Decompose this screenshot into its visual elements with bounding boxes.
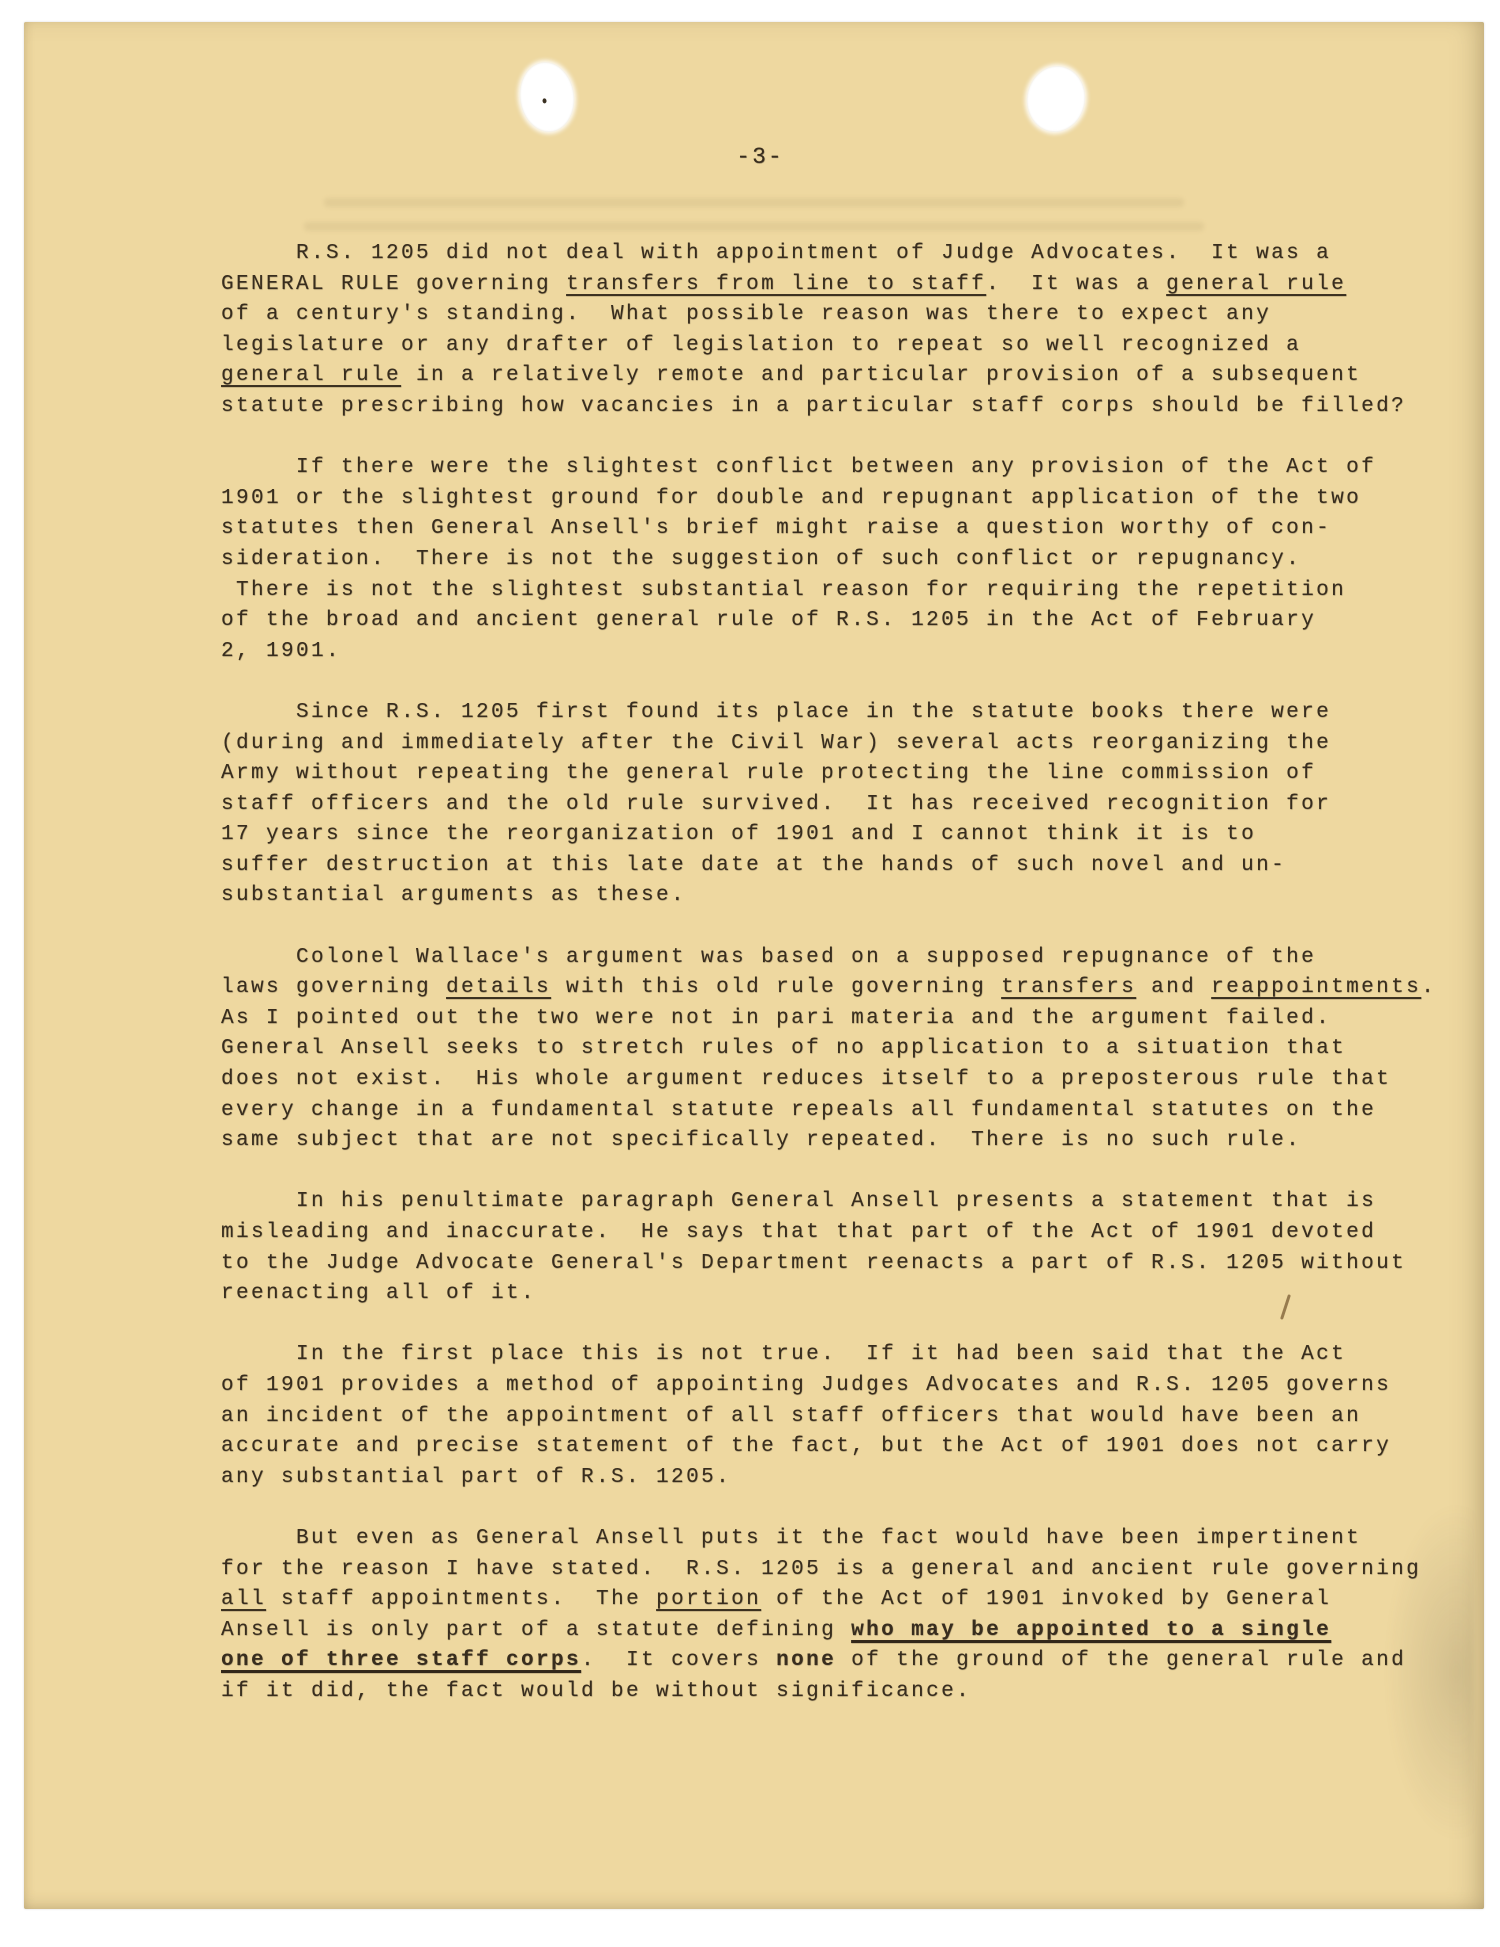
text-line: Since R.S. 1205 first found its place in… [221, 698, 1436, 729]
text-line: if it did, the fact would be without sig… [221, 1677, 1436, 1708]
paragraph: Colonel Wallace's argument was based on … [221, 943, 1436, 1157]
text-line: same subject that are not specifically r… [221, 1126, 1436, 1157]
text-line: general rule in a relatively remote and … [221, 361, 1436, 392]
text-line: any substantial part of R.S. 1205. [221, 1463, 1436, 1494]
text-line: substantial arguments as these. [221, 881, 1436, 912]
scanned-document: -3- R.S. 1205 did not deal with appointm… [0, 0, 1500, 1947]
text-line: legislature or any drafter of legislatio… [221, 331, 1436, 362]
text-line: 17 years since the reorganization of 190… [221, 820, 1436, 851]
punch-hole-right [1022, 61, 1091, 136]
text-line: of the broad and ancient general rule of… [221, 606, 1436, 637]
text-line: all staff appointments. The portion of t… [221, 1585, 1436, 1616]
text-line: (during and immediately after the Civil … [221, 729, 1436, 760]
text-line: In his penultimate paragraph General Ans… [221, 1187, 1436, 1218]
text-line: of a century's standing. What possible r… [221, 300, 1436, 331]
text-line: statute prescribing how vacancies in a p… [221, 392, 1436, 423]
paragraph: In the first place this is not true. If … [221, 1340, 1436, 1493]
text-line: 2, 1901. [221, 637, 1436, 668]
text-line: Ansell is only part of a statute definin… [221, 1616, 1436, 1647]
document-text: R.S. 1205 did not deal with appointment … [221, 239, 1436, 1738]
punch-hole-speck [542, 98, 547, 104]
text-line: suffer destruction at this late date at … [221, 851, 1436, 882]
text-line: misleading and inaccurate. He says that … [221, 1218, 1436, 1249]
text-line: does not exist. His whole argument reduc… [221, 1065, 1436, 1096]
text-line: every change in a fundamental statute re… [221, 1096, 1436, 1127]
text-line: for the reason I have stated. R.S. 1205 … [221, 1555, 1436, 1586]
text-line: one of three staff corps. It covers none… [221, 1646, 1436, 1677]
text-line: R.S. 1205 did not deal with appointment … [221, 239, 1436, 270]
text-line: Colonel Wallace's argument was based on … [221, 943, 1436, 974]
text-line: reenacting all of it. [221, 1279, 1436, 1310]
paragraph: In his penultimate paragraph General Ans… [221, 1187, 1436, 1309]
text-line: In the first place this is not true. If … [221, 1340, 1436, 1371]
text-line: statutes then General Ansell's brief mig… [221, 514, 1436, 545]
text-line: But even as General Ansell puts it the f… [221, 1524, 1436, 1555]
paper-sheet: -3- R.S. 1205 did not deal with appointm… [24, 22, 1484, 1909]
text-line: As I pointed out the two were not in par… [221, 1004, 1436, 1035]
text-line: an incident of the appointment of all st… [221, 1402, 1436, 1433]
text-line: laws governing details with this old rul… [221, 973, 1436, 1004]
paragraph: But even as General Ansell puts it the f… [221, 1524, 1436, 1708]
edge-smudge [1384, 1502, 1474, 1842]
paragraph: Since R.S. 1205 first found its place in… [221, 698, 1436, 912]
text-line: Army without repeating the general rule … [221, 759, 1436, 790]
text-line: 1901 or the slightest ground for double … [221, 484, 1436, 515]
text-line: to the Judge Advocate General's Departme… [221, 1249, 1436, 1280]
text-line: sideration. There is not the suggestion … [221, 545, 1436, 576]
punch-hole-left [515, 59, 578, 136]
text-line: If there were the slightest conflict bet… [221, 453, 1436, 484]
ink-ghosting [304, 222, 1204, 231]
paragraph: R.S. 1205 did not deal with appointment … [221, 239, 1436, 423]
paragraph: If there were the slightest conflict bet… [221, 453, 1436, 667]
text-line: General Ansell seeks to stretch rules of… [221, 1034, 1436, 1065]
text-line: accurate and precise statement of the fa… [221, 1432, 1436, 1463]
ink-ghosting [324, 198, 1184, 207]
text-line: staff officers and the old rule survived… [221, 790, 1436, 821]
text-line: There is not the slightest substantial r… [221, 576, 1436, 607]
text-line: GENERAL RULE governing transfers from li… [221, 270, 1436, 301]
page-number: -3- [700, 144, 820, 170]
text-line: of 1901 provides a method of appointing … [221, 1371, 1436, 1402]
